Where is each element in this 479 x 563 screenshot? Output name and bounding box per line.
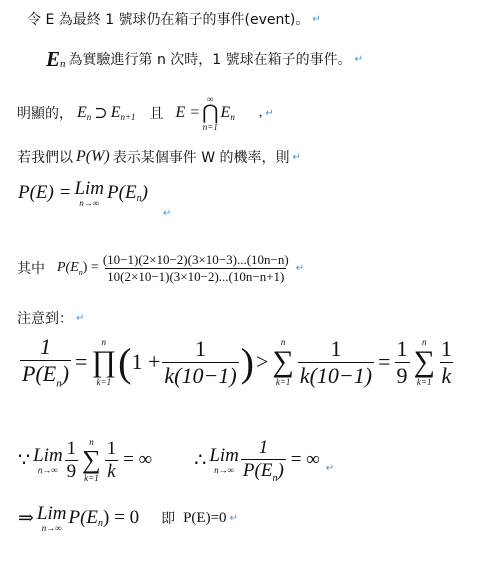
event-definition-text: 令 E 為最終 1 號球仍在箱子的事件(event)。 [27, 9, 309, 29]
paragraph-probability-notation: 若我們以 P(W) 表示某個事件 W 的機率，則 ↵ [17, 146, 301, 168]
paragraph-mark-icon: ↵ [76, 313, 84, 324]
lim-text: Lim [74, 179, 104, 199]
equation-divergence: ∵ Lim n→∞ 1 9 n ∑ k=1 1 k = ∞ ∴ Lim n→∞ … [18, 435, 334, 485]
fraction-numerator: 1 [257, 437, 271, 459]
if-we-use-text: 若我們以 [17, 147, 73, 167]
math-subscript: n [230, 112, 235, 122]
close-paren-equals: ) = [83, 260, 99, 276]
lower-limit: n=1 [203, 122, 218, 132]
limit-operator: Lim n→∞ [33, 446, 63, 475]
obviously-text: 明顯的， [17, 103, 73, 123]
fraction-denominator: 9 [65, 460, 79, 483]
fraction-denominator: k(10−1) [298, 362, 374, 389]
fraction-numerator: 1 [193, 336, 208, 362]
paragraph-mark-line: ↵ [160, 208, 171, 219]
sum-icon: ∑ [82, 447, 101, 473]
fraction-denominator: k [440, 362, 454, 389]
math-e: E [77, 104, 87, 122]
fraction-numerator: 1 [105, 438, 119, 460]
one-ninth-fraction: 1 9 [395, 336, 410, 389]
because-symbol: ∵ [18, 449, 30, 472]
pen-fraction: (10−1)(2×10−2)(3×10−3)...(10n−n) 10(2×10… [101, 252, 291, 285]
namely-text: 即 [161, 508, 175, 528]
fraction-numerator: 1 [38, 334, 53, 360]
limit-subscript: n→∞ [214, 466, 234, 475]
result-text: P(E)=0 [183, 510, 226, 527]
sum-icon: ∑ [272, 347, 293, 377]
fraction-numerator: 1 [439, 336, 454, 362]
intersection-icon: ⋂ [202, 104, 218, 122]
limit-operator: Lim n→∞ [209, 446, 239, 475]
paragraph-mark-icon: ↵ [265, 108, 273, 119]
equation-inequality: 1 P(En) = n ∏ k=1 ( 1 + 1 k(10−1) ) > n … [18, 330, 456, 394]
sum-term-fraction: 1 k(10−1) [298, 336, 374, 389]
lower-limit: k=1 [276, 377, 291, 387]
superset-symbol: ⊃ [94, 103, 107, 123]
equals-sign: = [378, 349, 390, 375]
fraction-denominator: k(10−1) [162, 362, 238, 389]
sum-operator: n ∑ k=1 [272, 337, 293, 387]
left-paren: ( [118, 339, 131, 386]
equals-sign: = [75, 349, 87, 375]
close-paren: ) [62, 361, 69, 386]
paragraph-mark-icon: ↵ [163, 208, 171, 219]
lim-text: Lim [33, 446, 63, 466]
math-pen: P(E [69, 507, 99, 529]
paragraph-mark-icon: ↵ [326, 463, 334, 474]
equation-pen-formula: 其中 P(En) = (10−1)(2×10−2)(3×10−3)...(10n… [17, 248, 304, 288]
paragraph-mark-icon: ↵ [355, 54, 363, 65]
lim-text: Lim [37, 504, 67, 524]
equals-zero: ) = 0 [103, 507, 139, 529]
and-text: 且 [150, 103, 164, 123]
lim-text: Lim [209, 446, 239, 466]
paragraph-subset-relation: 明顯的， En ⊃ En+1 且 E = ∞ ⋂ n=1 En , ↵ [17, 90, 274, 136]
math-e-equals: E = [176, 104, 201, 122]
paragraph-en-definition: En 為實驗進行第 n 次時，1 號球在箱子的事件。 ↵ [46, 46, 363, 72]
limit-subscript: n→∞ [79, 199, 99, 208]
symbol-e-subscript: n [60, 58, 66, 70]
right-paren: ) [241, 339, 254, 386]
harmonic-term-fraction: 1 k [439, 336, 454, 389]
equation-conclusion: ⇒ Lim n→∞ P(En) = 0 即 P(E)=0 ↵ [18, 500, 238, 536]
harmonic-term-fraction: 1 k [105, 438, 119, 483]
fraction-denominator: k [105, 460, 117, 483]
paragraph-mark-icon: ↵ [293, 152, 301, 163]
equals-infinity: = ∞ [123, 449, 152, 471]
close-paren: ) [142, 182, 148, 204]
math-subscript: n+1 [120, 112, 135, 122]
intersection-operator: ∞ ⋂ n=1 [202, 94, 218, 132]
lower-limit: k=1 [97, 377, 112, 387]
comma: , [259, 105, 263, 121]
fraction-numerator: 1 [65, 438, 79, 460]
sum-operator: n ∑ k=1 [414, 337, 435, 387]
product-operator: n ∏ k=1 [91, 337, 116, 387]
lower-limit: k=1 [417, 377, 432, 387]
product-term-fraction: 1 k(10−1) [162, 336, 238, 389]
where-text: 其中 [17, 258, 45, 278]
fraction-numerator: 1 [395, 336, 410, 362]
math-e: E [111, 104, 121, 122]
equals-infinity: = ∞ [291, 449, 320, 471]
sum-operator: n ∑ k=1 [82, 437, 101, 483]
limit-subscript: n→∞ [42, 524, 62, 533]
limit-subscript: n→∞ [38, 466, 58, 475]
symbol-e: E [46, 47, 60, 72]
fraction-denominator: 9 [395, 362, 410, 389]
therefore-symbol: ∴ [194, 449, 206, 472]
paragraph-mark-icon: ↵ [296, 263, 304, 274]
sum-icon: ∑ [414, 347, 435, 377]
math-pen: P(E [107, 182, 137, 204]
implies-symbol: ⇒ [18, 507, 34, 530]
math-pw: P(W) [76, 148, 110, 166]
paragraph-mark-icon: ↵ [230, 513, 238, 524]
math-subscript: n [87, 112, 92, 122]
note-text: 注意到： [17, 308, 73, 328]
math-pe-equals: P(E) = [18, 182, 71, 204]
one-plus: 1 + [131, 349, 160, 375]
fraction-numerator: 1 [328, 336, 343, 362]
greater-than-sign: > [256, 349, 268, 375]
math-pen: P(E [22, 361, 56, 386]
limit-operator: Lim n→∞ [37, 504, 67, 533]
en-definition-text: 為實驗進行第 n 次時，1 號球在箱子的事件。 [69, 49, 352, 69]
product-icon: ∏ [91, 347, 116, 377]
paragraph-note: 注意到： ↵ [17, 307, 84, 329]
math-pen: P(E [243, 460, 273, 481]
limit-operator: Lim n→∞ [74, 179, 104, 208]
fraction-numerator: (10−1)(2×10−2)(3×10−3)...(10n−n) [101, 252, 291, 268]
one-ninth-fraction: 1 9 [65, 438, 79, 483]
lower-limit: k=1 [84, 473, 99, 483]
probability-text: 表示某個事件 W 的機率，則 [113, 147, 290, 167]
paragraph-event-definition: 令 E 為最終 1 號球仍在箱子的事件(event)。 ↵ [27, 8, 321, 30]
math-e: E [221, 104, 231, 122]
math-pen: P(E [57, 260, 79, 276]
reciprocal-fraction: 1 P(En) [241, 437, 286, 484]
close-paren: ) [277, 460, 283, 481]
paragraph-mark-icon: ↵ [312, 14, 320, 25]
reciprocal-fraction: 1 P(En) [20, 334, 71, 389]
fraction-denominator: 10(2×10−1)(3×10−2)...(10n−n+1) [105, 268, 286, 285]
equation-limit-definition: P(E) = Lim n→∞ P(En) [18, 176, 148, 210]
